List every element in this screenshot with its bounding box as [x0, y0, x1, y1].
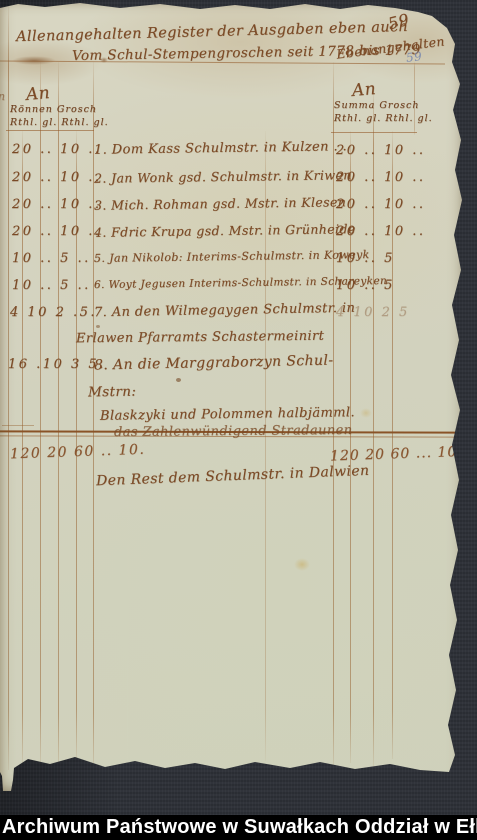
ledger-row-text: Mstrn: — [88, 384, 137, 401]
ledger-row-text: 7. An den Wilmegaygen Schulmstr. in — [94, 301, 355, 321]
archive-caption-bar: Archiwum Państwowe w Suwałkach Oddział w… — [0, 815, 477, 840]
ruled-line-vertical — [93, 62, 94, 770]
ink-speck — [176, 378, 181, 382]
ledger-row-text: Erlawen Pfarramts Schastermeinirt — [76, 329, 324, 347]
ledger-amount-right: 4 10 2 5 — [336, 305, 410, 320]
ledger-row-text: 5. Jan Nikolob: Interims-Schulmstr. in K… — [94, 248, 370, 265]
left-an-heading: An — [25, 83, 51, 105]
ledger-row-text: 8. An die Marggraborzyn Schul- — [94, 352, 334, 373]
left-colhead-rule — [6, 130, 94, 131]
right-colhead-rule — [331, 132, 417, 133]
foxing-spot — [294, 558, 310, 571]
ledger-row-text: Blaskzyki und Polommen halbjämml. — [100, 405, 355, 424]
ledger-amount-left: 20 .. 10 .. — [12, 197, 102, 212]
total-amount-right: 120 20 60 ... 10 .. — [330, 443, 474, 464]
total-amount-left: 120 20 60 .. 10. — [10, 442, 146, 463]
ink-speck — [96, 325, 100, 328]
left-column-subheads: Rthl. gl. Rthl. gl. — [10, 117, 109, 128]
ledger-amount-left: 20 .. 10 .. — [12, 224, 102, 239]
title-line-2: Vom Schul-Stempengroschen seit 1778 bis … — [72, 42, 421, 64]
ruled-line-vertical — [58, 62, 59, 770]
ledger-row-text: 4. Fdric Krupa gsd. Mstr. in Grünheide — [94, 221, 356, 240]
ruled-line-vertical — [373, 90, 374, 766]
ruled-line-vertical — [40, 62, 41, 766]
ledger-row-text: 3. Mich. Rohman gsd. Mstr. in Klesen — [94, 194, 346, 213]
archive-caption-text: Archiwum Państwowe w Suwałkach Oddział w… — [0, 815, 477, 840]
ledger-amount-right: 10 .. 5 — [336, 278, 395, 293]
manuscript-page: Allenangehalten Register der Ausgaben eb… — [0, 0, 467, 794]
ledger-amount-left: 10 .. 5 .. — [12, 251, 91, 266]
margin-fragment: n — [0, 90, 6, 103]
ledger-amount-left: 10 .. 5 .. — [12, 278, 91, 293]
ledger-amount-right: 20 .. 10 .. — [336, 143, 426, 158]
ruled-line-vertical — [414, 62, 415, 135]
footer-note: Den Rest dem Schulmstr. in Dalwien — [96, 463, 370, 489]
ledger-amount-right: 20 .. 10 .. — [336, 170, 426, 185]
title-line-1: Allenangehalten Register der Ausgaben eb… — [16, 19, 409, 45]
ledger-amount-right: 20 .. 10 .. — [336, 224, 426, 239]
left-column-heads: Rönnen Grosch — [10, 104, 97, 115]
ledger-amount-right: 10 .. 5 — [336, 251, 395, 266]
foxing-spot — [360, 408, 372, 418]
ledger-row-text: das Zahlenwündigend Stradaunen — [114, 423, 353, 440]
ruled-line-vertical — [8, 6, 9, 770]
ledger-amount-left: 4 10 2 .5. — [10, 305, 97, 320]
ledger-row-text: 2. Jan Wonk gsd. Schulmstr. in Kriwen — [94, 167, 352, 186]
ledger-amount-left: 20 .. 10 .. — [12, 142, 102, 157]
ledger-amount-right: 20 .. 10 .. — [336, 197, 426, 212]
right-column-subheads: Rthl. gl. Rthl. gl. — [334, 113, 433, 124]
ledger-row-text: 1. Dom Kass Schulmstr. in Kulzen . . — [94, 139, 347, 158]
corner-page-number-pencil: 59 — [405, 49, 422, 65]
ledger-amount-left: 16 .10 3 5. — [8, 357, 106, 372]
right-an-heading: An — [351, 79, 377, 101]
margin-tick — [2, 425, 34, 426]
right-column-heads: Summa Grosch — [334, 100, 420, 111]
ledger-amount-left: 20 .. 10 .. — [12, 170, 102, 185]
archive-scan-viewer: Allenangehalten Register der Ausgaben eb… — [0, 0, 477, 840]
